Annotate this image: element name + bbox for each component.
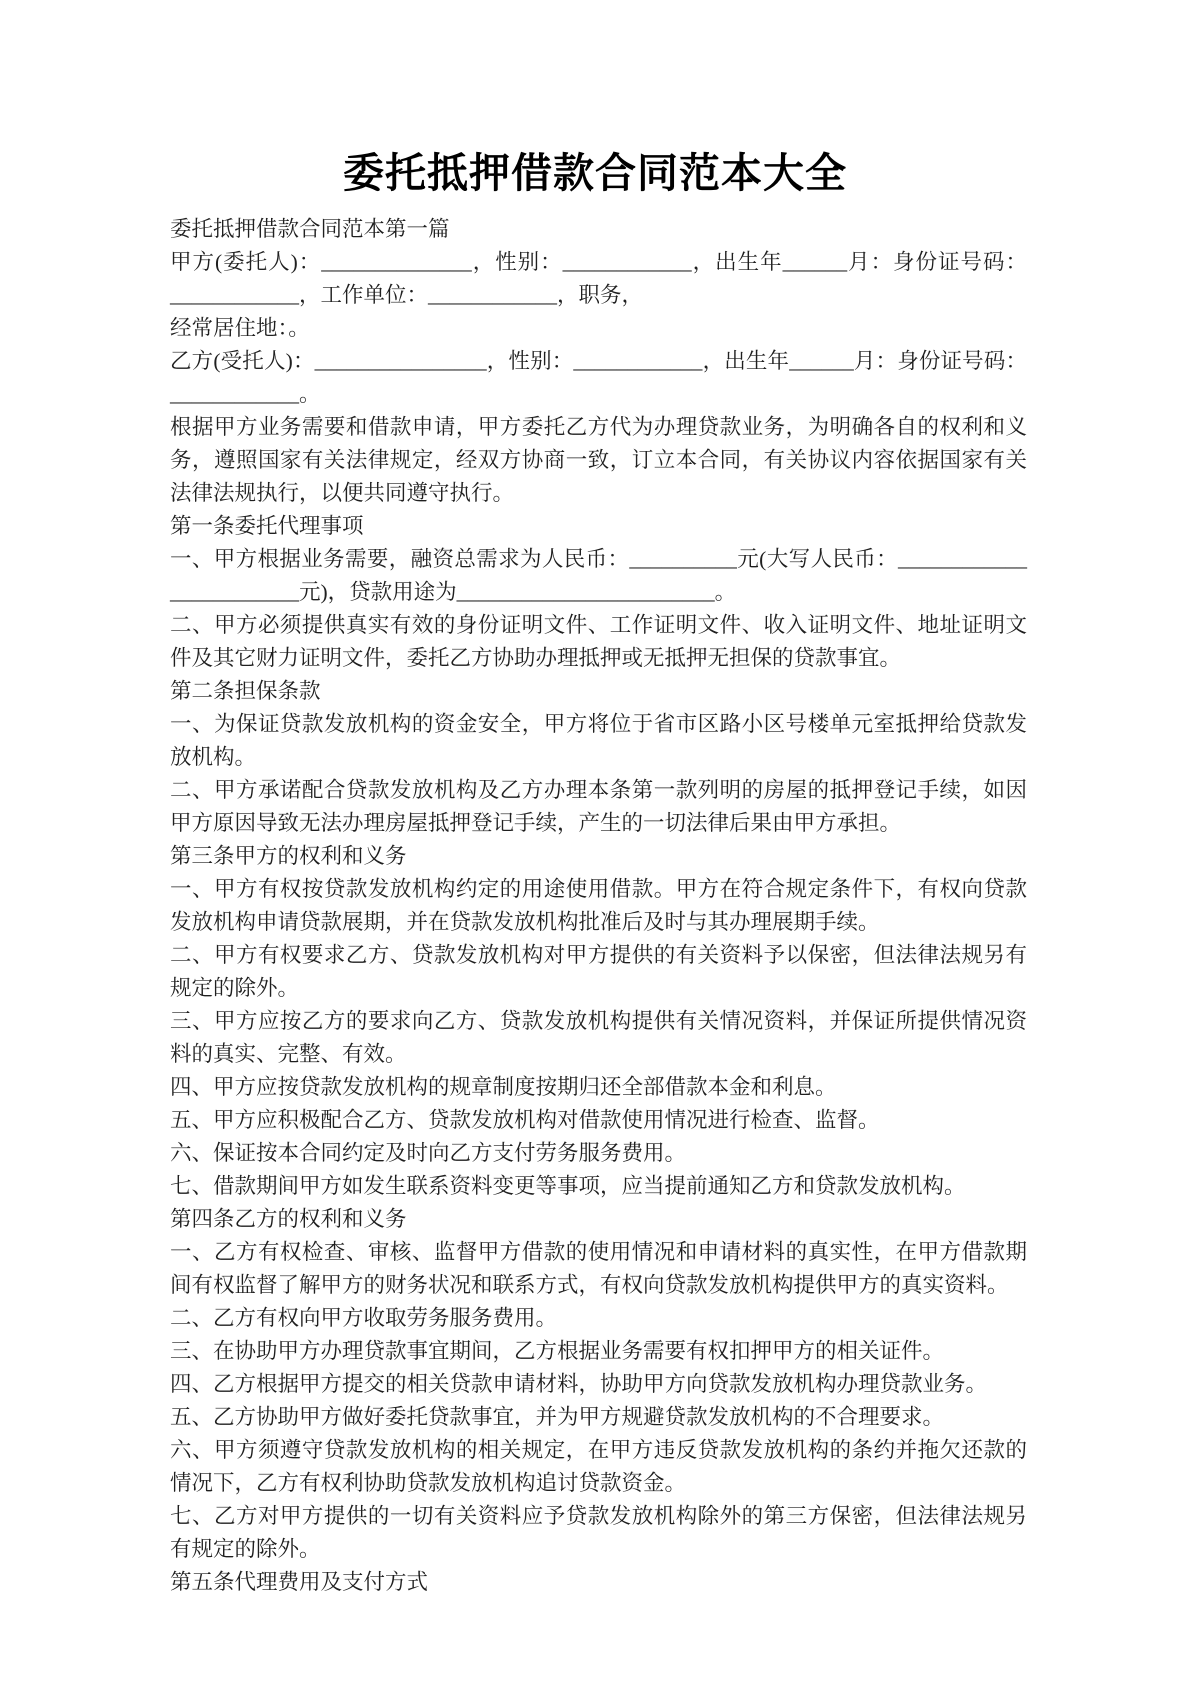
article-4-item-1: 一、乙方有权检查、审核、监督甲方借款的使用情况和申请材料的真实性，在甲方借款期间… [170, 1236, 1027, 1302]
article-1-item-1: 一、甲方根据业务需要，融资总需求为人民币：__________元(大写人民币：_… [170, 543, 1027, 609]
article-3-item-5: 五、甲方应积极配合乙方、贷款发放机构对借款使用情况进行检查、监督。 [170, 1104, 1027, 1137]
article-3-item-6: 六、保证按本合同约定及时向乙方支付劳务服务费用。 [170, 1137, 1027, 1170]
article-4-item-7: 七、乙方对甲方提供的一切有关资料应予贷款发放机构除外的第三方保密，但法律法规另有… [170, 1500, 1027, 1566]
party-a-info-line: 甲方(委托人)：______________，性别：____________，出… [170, 246, 1027, 312]
article-4-item-6: 六、甲方须遵守贷款发放机构的相关规定，在甲方违反贷款发放机构的条约并拖欠还款的情… [170, 1434, 1027, 1500]
doc-subtitle: 委托抵押借款合同范本第一篇 [170, 213, 1027, 246]
article-3-item-3: 三、甲方应按乙方的要求向乙方、贷款发放机构提供有关情况资料，并保证所提供情况资料… [170, 1005, 1027, 1071]
document-page: 委托抵押借款合同范本大全 委托抵押借款合同范本第一篇 甲方(委托人)：_____… [0, 0, 1190, 1683]
article-4-heading: 第四条乙方的权利和义务 [170, 1203, 1027, 1236]
party-b-info-line: 乙方(受托人)：________________，性别：____________… [170, 345, 1027, 411]
document-title: 委托抵押借款合同范本大全 [0, 0, 1190, 213]
article-2-item-1: 一、为保证贷款发放机构的资金安全，甲方将位于省市区路小区号楼单元室抵押给贷款发放… [170, 708, 1027, 774]
article-4-item-4: 四、乙方根据甲方提交的相关贷款申请材料，协助甲方向贷款发放机构办理贷款业务。 [170, 1368, 1027, 1401]
article-4-item-5: 五、乙方协助甲方做好委托贷款事宜，并为甲方规避贷款发放机构的不合理要求。 [170, 1401, 1027, 1434]
article-5-heading: 第五条代理费用及支付方式 [170, 1566, 1027, 1599]
article-4-item-2: 二、乙方有权向甲方收取劳务服务费用。 [170, 1302, 1027, 1335]
party-a-residence-line: 经常居住地：。 [170, 312, 1027, 345]
article-1-heading: 第一条委托代理事项 [170, 510, 1027, 543]
article-1-item-2: 二、甲方必须提供真实有效的身份证明文件、工作证明文件、收入证明文件、地址证明文件… [170, 609, 1027, 675]
document-body: 委托抵押借款合同范本第一篇 甲方(委托人)：______________，性别：… [170, 213, 1027, 1599]
article-4-item-3: 三、在协助甲方办理贷款事宜期间，乙方根据业务需要有权扣押甲方的相关证件。 [170, 1335, 1027, 1368]
article-2-heading: 第二条担保条款 [170, 675, 1027, 708]
preamble-paragraph: 根据甲方业务需要和借款申请，甲方委托乙方代为办理贷款业务，为明确各自的权利和义务… [170, 411, 1027, 510]
article-3-item-7: 七、借款期间甲方如发生联系资料变更等事项，应当提前通知乙方和贷款发放机构。 [170, 1170, 1027, 1203]
article-3-item-4: 四、甲方应按贷款发放机构的规章制度按期归还全部借款本金和利息。 [170, 1071, 1027, 1104]
article-3-item-2: 二、甲方有权要求乙方、贷款发放机构对甲方提供的有关资料予以保密，但法律法规另有规… [170, 939, 1027, 1005]
article-3-heading: 第三条甲方的权利和义务 [170, 840, 1027, 873]
article-3-item-1: 一、甲方有权按贷款发放机构约定的用途使用借款。甲方在符合规定条件下，有权向贷款发… [170, 873, 1027, 939]
article-2-item-2: 二、甲方承诺配合贷款发放机构及乙方办理本条第一款列明的房屋的抵押登记手续，如因甲… [170, 774, 1027, 840]
